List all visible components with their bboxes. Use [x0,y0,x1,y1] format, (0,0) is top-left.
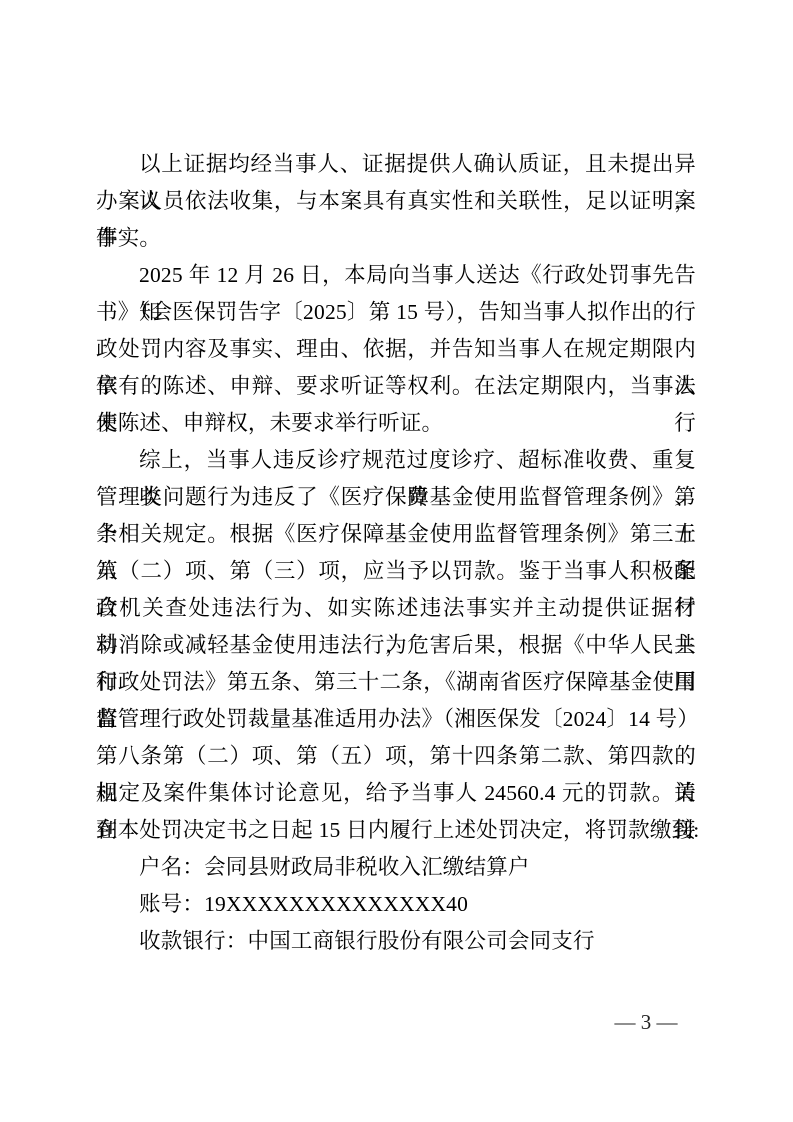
paragraph3-line: 第（二）项、第（三）项，应当予以罚款。鉴于当事人积极配合行 [96,553,696,590]
paragraph3-line: 行政处罚法》第五条、第三十二条，《湖南省医疗保障基金使用监 [96,664,696,701]
document-page: 以上证据均经当事人、证据提供人确认质证，且未提出异议， 办案人员依法收集，与本案… [0,0,793,1122]
paragraph3-line: 政机关查处违法行为、如实陈述违法事实并主动提供证据材料，主 [96,590,696,627]
paragraph2-line: 2025 年 12 月 26 日，本局向当事人送达《行政处罚事先告知 [96,257,696,294]
paragraph3-line: 到本处罚决定书之日起 15 日内履行上述处罚决定，将罚款缴到: [96,812,696,849]
document-body: 以上证据均经当事人、证据提供人确认质证，且未提出异议， 办案人员依法收集，与本案… [96,146,696,960]
receiving-bank-line: 收款银行：中国工商银行股份有限公司会同支行 [96,923,696,960]
paragraph3-line: 动消除或减轻基金使用违法行为危害后果，根据《中华人民共和国 [96,627,696,664]
account-number-line: 账号：19XXXXXXXXXXXXXX40 [96,886,696,923]
account-name-line: 户名：会同县财政局非税收入汇缴结算户 [96,849,696,886]
paragraph3-line: 管理类问题行为违反了《医疗保障基金使用监督管理条例》第十五 [96,479,696,516]
paragraph1-line: 办案人员依法收集，与本案具有真实性和关联性，足以证明案件 [96,183,696,220]
paragraph3-line: 条相关规定。根据《医疗保障基金使用监督管理条例》第三十八条 [96,516,696,553]
paragraph1-line: 以上证据均经当事人、证据提供人确认质证，且未提出异议， [96,146,696,183]
paragraph3-line: 督管理行政处罚裁量基准适用办法》（湘医保发〔2024〕14 号） [96,701,696,738]
paragraph2-line: 政处罚内容及事实、理由、依据，并告知当事人在规定期限内依法 [96,331,696,368]
paragraph3-line: 第八条第（二）项、第（五）项，第十四条第二款、第四款的相关 [96,738,696,775]
paragraph1-line: 事实。 [96,220,696,257]
paragraph3-line: 综上，当事人违反诊疗规范过度诊疗、超标准收费、重复收费、 [96,442,696,479]
paragraph2-line: 书》（会医保罚告字〔2025〕第 15 号），告知当事人拟作出的行 [96,294,696,331]
paragraph3-line: 规定及案件集体讨论意见，给予当事人 24560.4 元的罚款。请在接 [96,775,696,812]
page-number: — 3 — [596,1008,696,1036]
paragraph2-line: 享有的陈述、申辩、要求听证等权利。在法定期限内，当事人未行 [96,368,696,405]
